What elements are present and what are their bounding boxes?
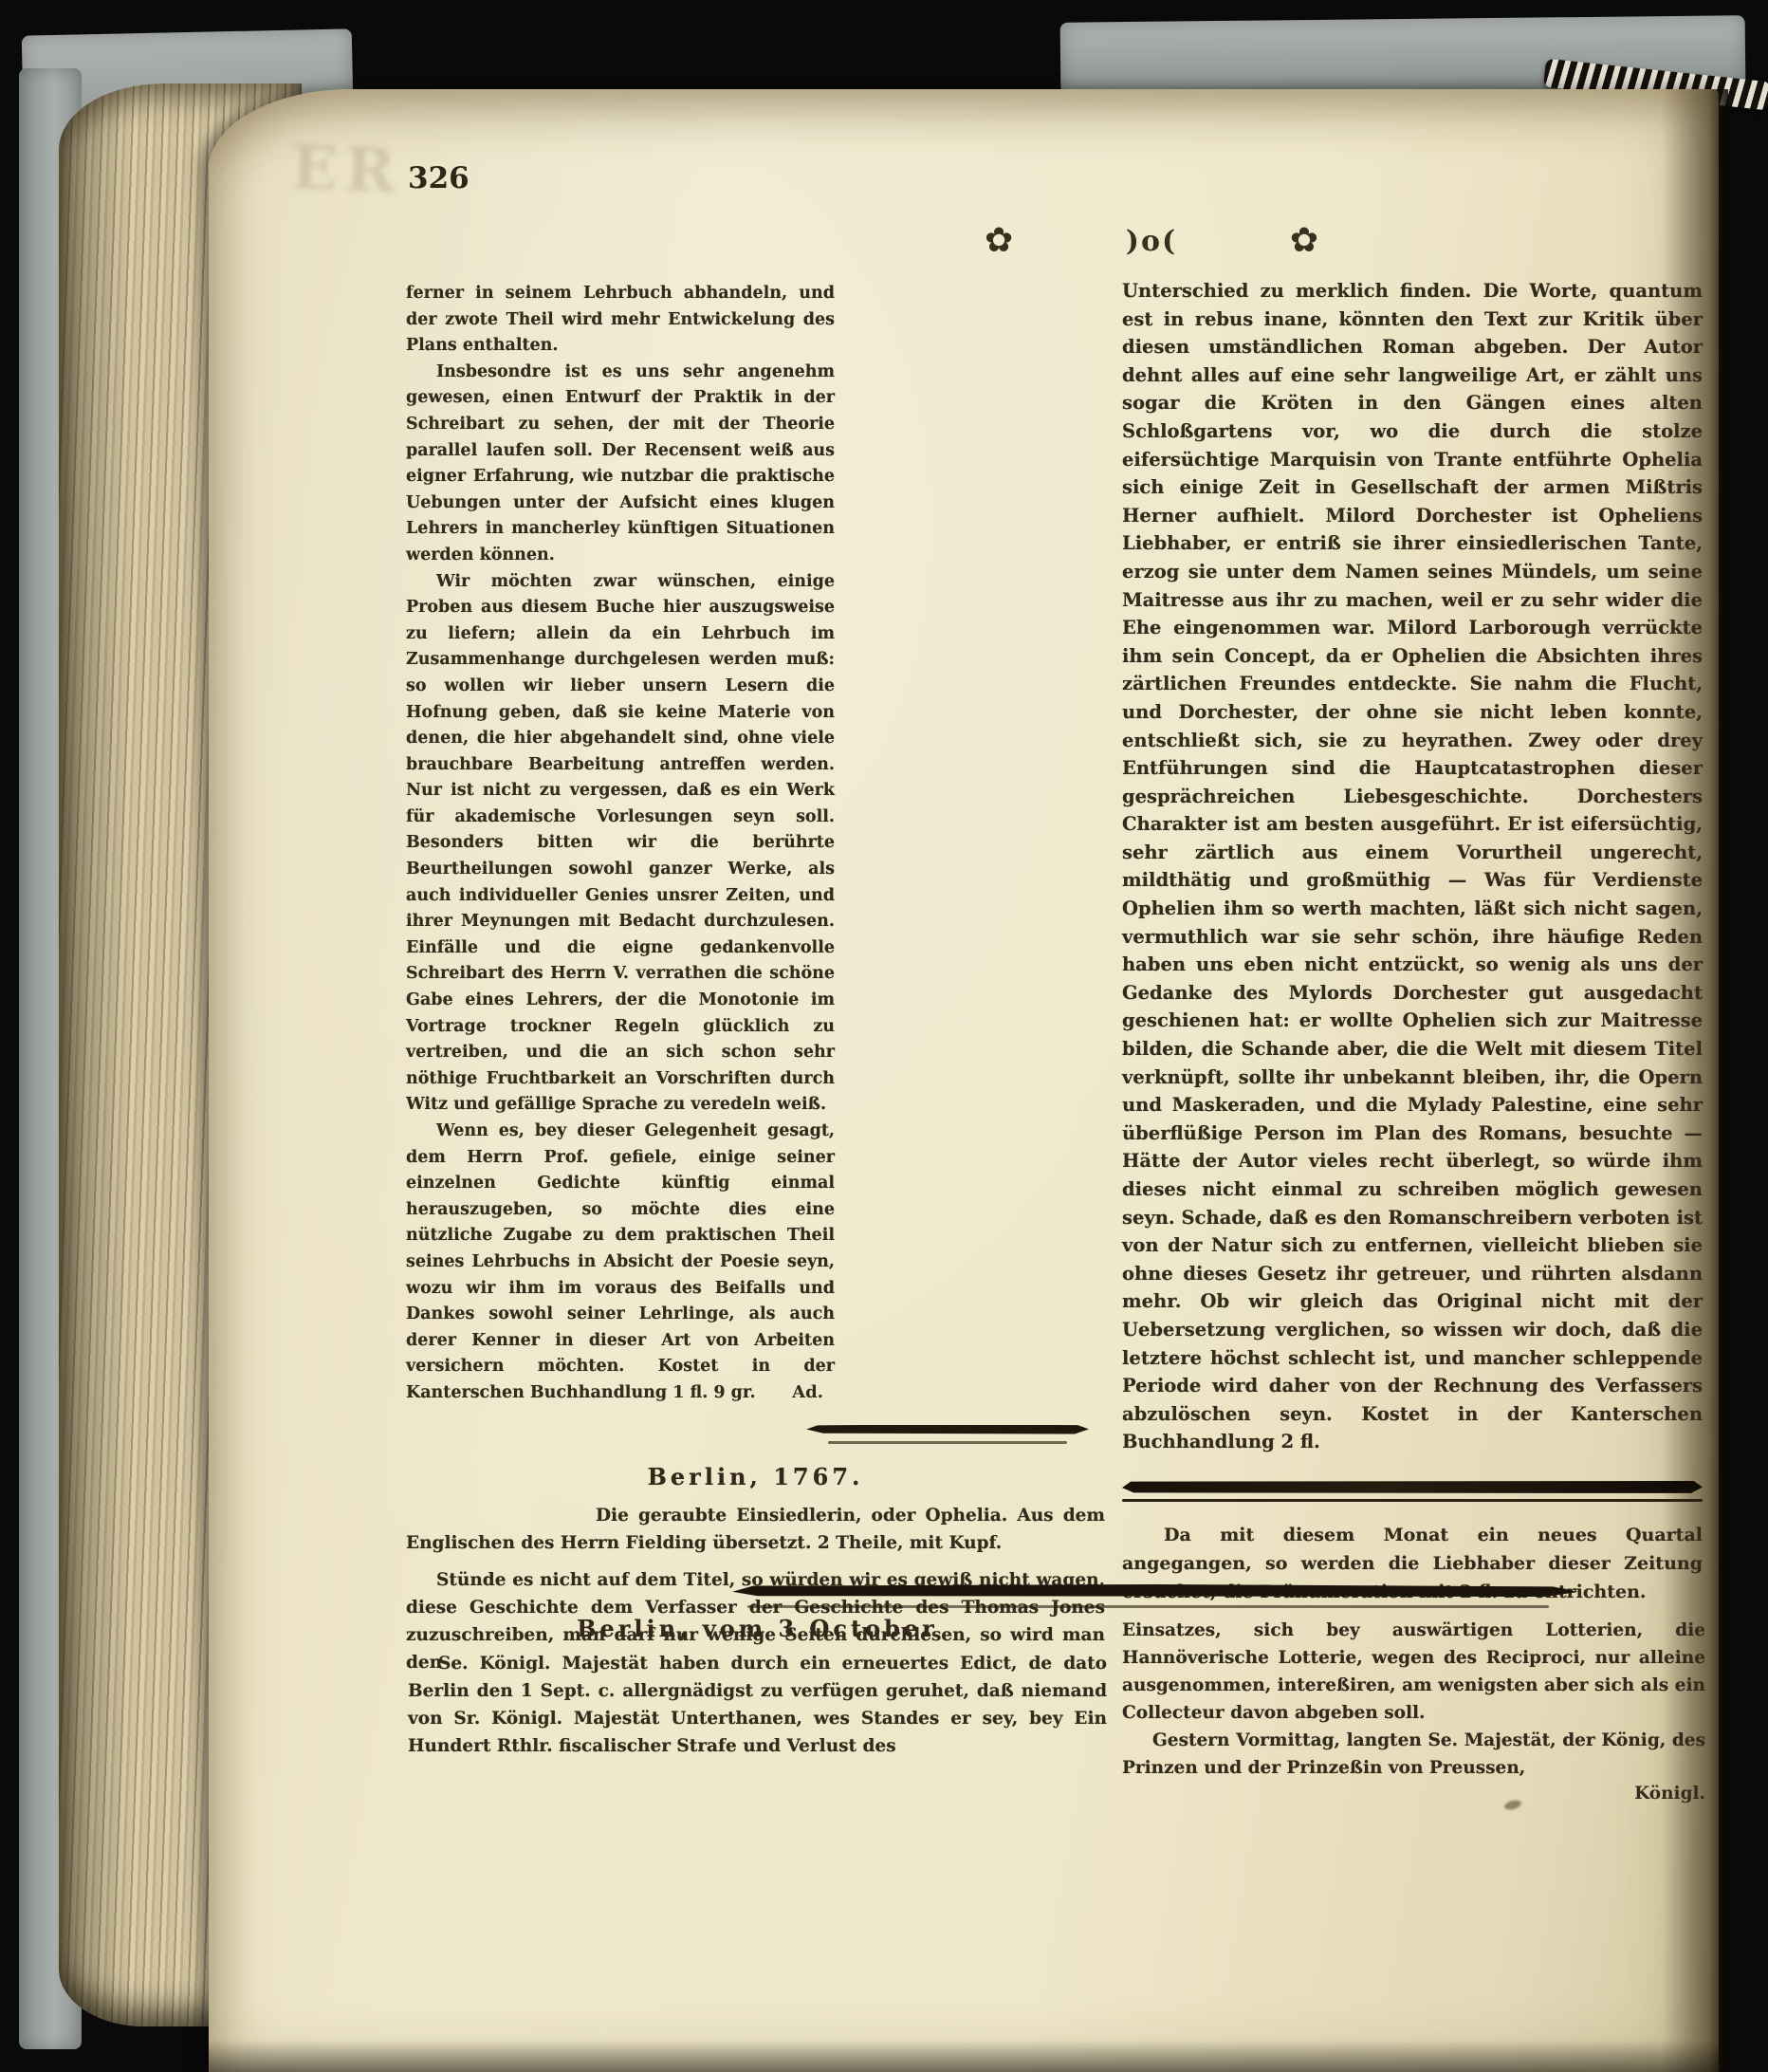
body-paragraph: Se. Königl. Majestät haben durch ein ern…: [408, 1650, 1107, 1760]
catchword: Königl.: [1122, 1784, 1705, 1804]
signature-mark: )o(: [1126, 225, 1177, 258]
left-column: ferner in seinem Lehrbuch abhandeln, und…: [406, 281, 1108, 1676]
florette-icon: ✿: [985, 224, 1013, 258]
news-section-divider: [732, 1584, 1578, 1597]
right-column: Unterschied zu merklich finden. Die Wort…: [1122, 277, 1703, 1606]
section-berlin-october-right: Einsatzes, sich bey auswärtigen Lotterie…: [1122, 1617, 1705, 1804]
body-paragraph: Einsatzes, sich bey auswärtigen Lotterie…: [1122, 1617, 1705, 1727]
florette-icon: ✿: [1290, 224, 1318, 258]
review-text: Unterschied zu merklich finden. Die Wort…: [1122, 277, 1703, 1456]
section-berlin-october-left: Berlin, vom 3 October Se. Königl. Majest…: [408, 1615, 1107, 1760]
article-divider-rule-thin: [828, 1441, 1067, 1444]
divider-thin-line: [1122, 1499, 1703, 1502]
article-divider-rule: [806, 1425, 1089, 1434]
header-ornaments: ✿ )o( ✿: [985, 224, 1318, 258]
review-continuation-block: ferner in seinem Lehrbuch abhandeln, und…: [406, 281, 835, 1402]
section-heading: Berlin, vom 3 October: [408, 1615, 1107, 1642]
page-number: 326: [408, 161, 470, 195]
body-paragraph: ferner in seinem Lehrbuch abhandeln, und…: [406, 281, 835, 360]
body-paragraph: Insbesondre ist es uns sehr angenehm gew…: [406, 360, 835, 569]
book-title-entry: Die geraubte Einsiedlerin, oder Ophelia.…: [406, 1502, 1105, 1557]
body-paragraph: Gestern Vormittag, langten Se. Majestät,…: [1122, 1727, 1705, 1782]
notice-divider-rule: [1122, 1481, 1703, 1502]
body-paragraph: Wenn es, bey dieser Gelegenheit gesagt, …: [406, 1119, 835, 1407]
divider-bar: [1122, 1481, 1703, 1493]
news-section-divider-thin: [747, 1605, 1549, 1608]
photo-of-open-book: ER 326 ✿ )o( ✿ ferner in seinem Lehrbuch…: [0, 0, 1768, 2072]
bottom-shadow: [209, 2040, 1719, 2072]
body-paragraph: Wir möchten zwar wünschen, einige Proben…: [406, 569, 835, 1119]
section-heading: Berlin, 1767.: [406, 1463, 1105, 1490]
